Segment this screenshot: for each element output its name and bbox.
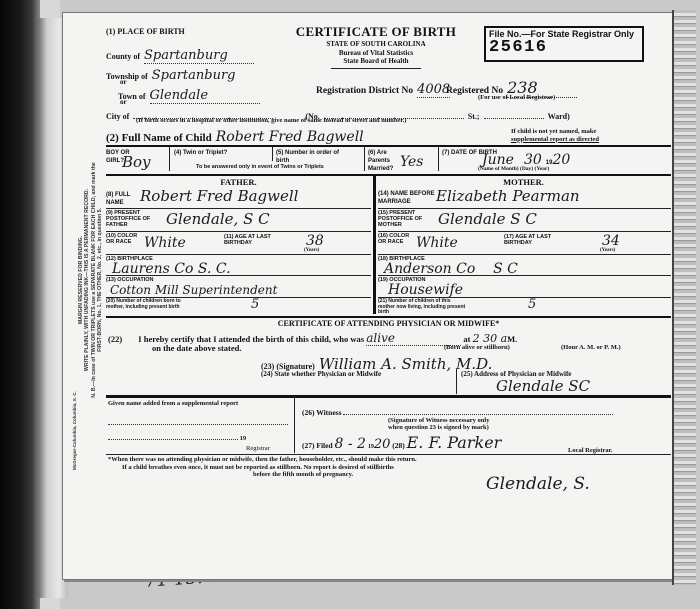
witness-field: (26) Witness — [302, 408, 667, 417]
registrar-town-signature: Glendale, S. — [486, 474, 590, 494]
father-color-value: White — [144, 235, 186, 251]
hospital-note: (If birth occurs in a hospital or other … — [136, 117, 406, 125]
filed-date-value: 8 - 2 — [335, 436, 366, 452]
father-birthplace-field: (12) BIRTHPLACE Laurens Co S. C. — [106, 255, 371, 275]
board-name: State Board of Health — [276, 57, 476, 66]
mother-children-value: 5 — [528, 297, 536, 312]
father-occupation-value: Cotton Mill Superintendent — [110, 283, 277, 297]
sex-value: Boy — [122, 153, 151, 171]
twins-note: To be answered only in event of Twins or… — [196, 163, 324, 171]
filed-field: (27) Filed 8 - 2 1920 (28) E. F. Parker — [302, 433, 501, 452]
torn-right-edge — [672, 10, 696, 585]
father-heading: FATHER. — [106, 177, 371, 187]
state-name: STATE OF SOUTH CAROLINA — [276, 40, 476, 49]
mother-name-value: Elizabeth Pearman — [436, 187, 580, 205]
father-children-field: (20) Number of children born to mother, … — [106, 299, 371, 315]
father-color-field: (10) COLOR OR RACE White (11) AGE AT LAS… — [106, 233, 371, 253]
bureau-name: Bureau of Vital Statistics — [276, 49, 476, 58]
mother-children-field: (21) Number of children of this mother n… — [378, 299, 671, 315]
father-postoffice-field: (9) PRESENT POSTOFFICE OF FATHER Glendal… — [106, 210, 371, 230]
physician-or-midwife-label: (24) State whether Physician or Midwife — [261, 370, 381, 378]
married-label: (6) Are Parents Married? — [368, 149, 398, 173]
physician-address-value: Glendale SC — [496, 377, 590, 395]
given-name-value — [108, 423, 288, 425]
file-number: 25616 — [489, 39, 639, 57]
twin-label: (4) Twin or Triplet? — [174, 149, 234, 157]
married-value: Yes — [400, 154, 424, 170]
mother-postoffice-field: (15) PRESENT POSTOFFICE OF MOTHER Glenda… — [378, 210, 671, 230]
child-name-value: Robert Fred Bagwell — [216, 129, 486, 146]
mother-occupation-field: (19) OCCUPATION Housewife — [378, 276, 671, 296]
township-field: Township of Spartanburg — [106, 66, 286, 84]
binding-edge — [0, 0, 40, 609]
mother-postoffice-value: Glendale S C — [438, 210, 537, 228]
certificate-title: CERTIFICATE OF BIRTH — [276, 24, 476, 40]
county-value: Spartanburg — [144, 48, 254, 64]
mother-birthplace-field: (18) BIRTHPLACE Anderson Co S C — [378, 255, 671, 275]
mother-name-field: (14) NAME BEFORE MARRIAGE Elizabeth Pear… — [378, 187, 671, 207]
town-field: Town of Glendale — [106, 86, 306, 104]
binding-margin-text: McGregor-Columbia, Columbia, S. C. MARGI… — [72, 90, 108, 470]
mother-color-value: White — [416, 235, 458, 251]
father-children-value: 5 — [251, 297, 259, 312]
sex-field: BOY OR GIRL? Boy — [106, 149, 136, 165]
father-postoffice-value: Glendale, S C — [166, 210, 270, 228]
local-registrar-signature: E. F. Parker — [407, 433, 502, 452]
mother-occupation-value: Housewife — [388, 282, 463, 298]
mother-age-value: 34 — [602, 233, 620, 249]
file-number-box: File No.—For State Registrar Only 25616 — [484, 26, 644, 62]
physician-heading: CERTIFICATE OF ATTENDING PHYSICIAN OR MI… — [106, 319, 671, 328]
father-occupation-field: (13) OCCUPATION Cotton Mill Superintende… — [106, 276, 371, 296]
place-of-birth-label: (1) PLACE OF BIRTH — [106, 28, 185, 36]
given-name-label: Given name added from a supplemental rep… — [108, 400, 288, 407]
father-age-value: 38 — [306, 233, 324, 249]
county-field: County of Spartanburg — [106, 46, 276, 64]
mother-color-field: (16) COLOR OR RACE White (17) AGE AT LAS… — [378, 233, 671, 253]
mother-heading: MOTHER. — [376, 177, 671, 187]
town-value: Glendale — [150, 88, 260, 104]
certificate-header: CERTIFICATE OF BIRTH STATE OF SOUTH CARO… — [276, 24, 476, 69]
registration-district: Registration District No 4008 — [316, 80, 450, 98]
father-name-value: Robert Fred Bagwell — [140, 187, 298, 205]
father-name-field: (8) FULL NAME Robert Fred Bagwell — [106, 187, 371, 207]
township-value: Spartanburg — [152, 68, 236, 83]
